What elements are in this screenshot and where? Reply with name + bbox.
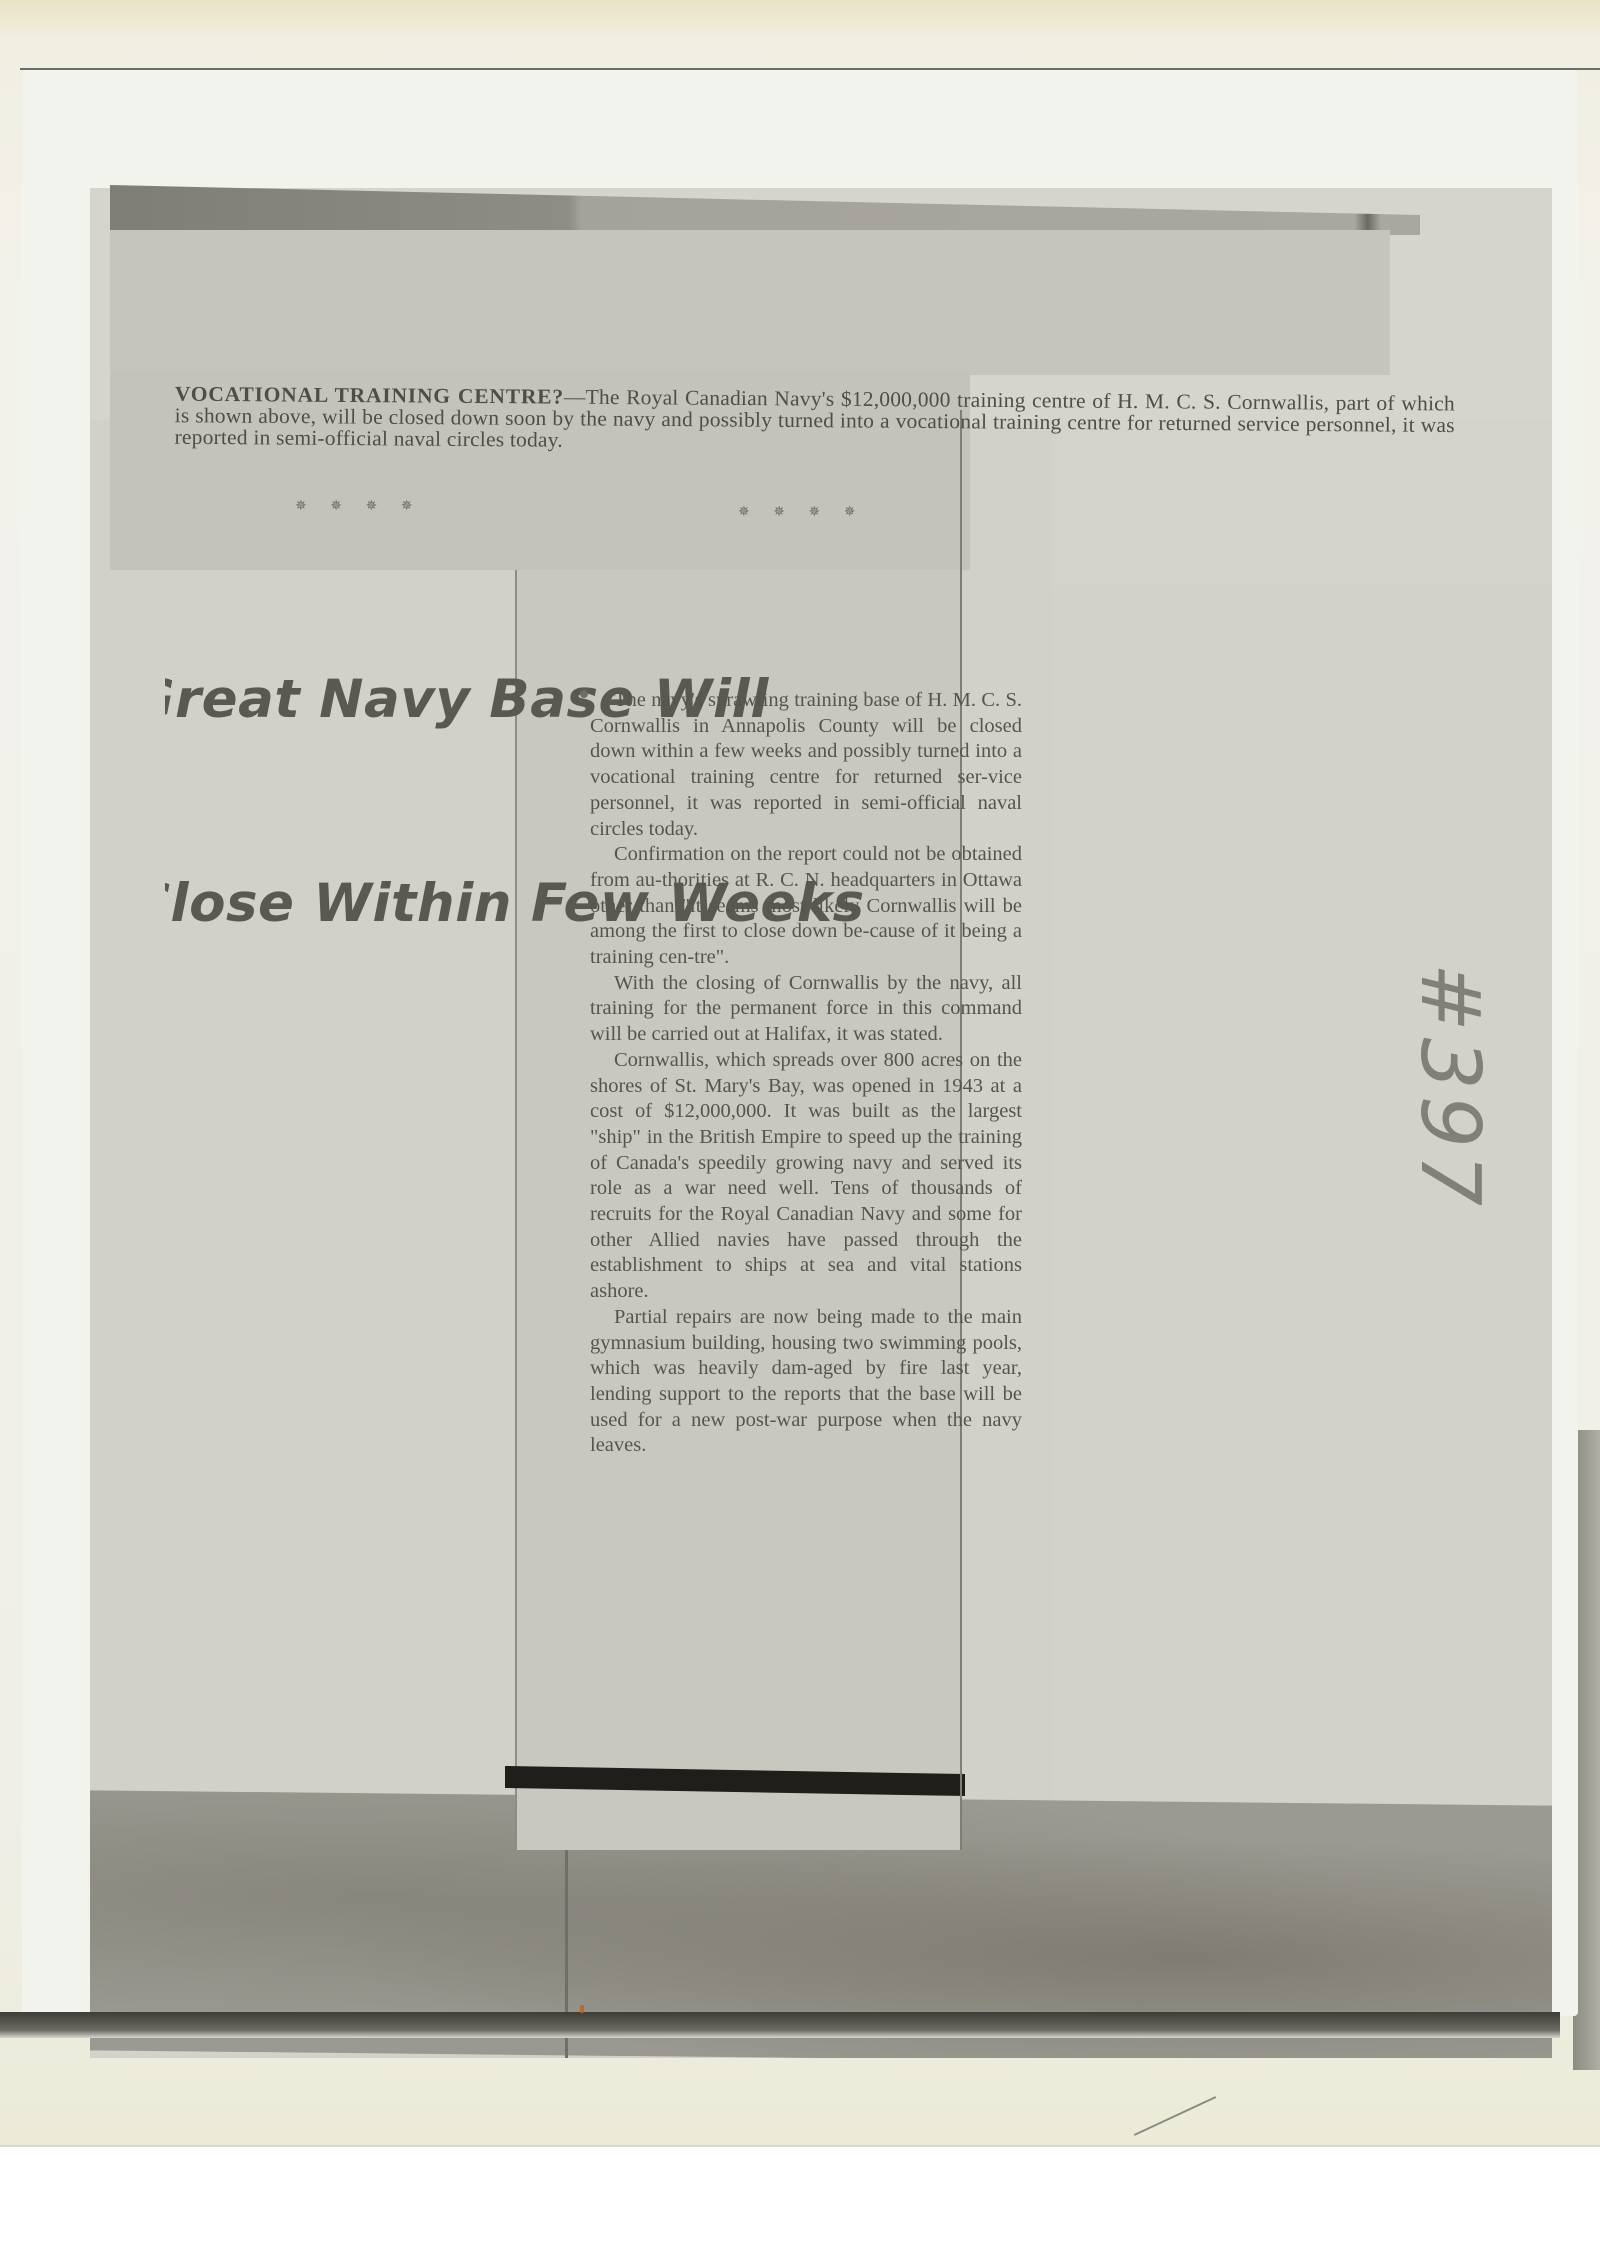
article-paragraph: Partial repairs are now being made to th…	[590, 1305, 1022, 1459]
clipping-caption-area	[110, 230, 1390, 375]
ornament-stars-left: ✵ ✵ ✵ ✵	[295, 498, 422, 515]
article-paragraph: The navy's sprawling training base of H.…	[590, 688, 1022, 842]
photo-caption: VOCATIONAL TRAINING CENTRE?—The Royal Ca…	[174, 383, 1454, 458]
article-paragraph: Cornwallis, which spreads over 800 acres…	[590, 1048, 1022, 1305]
print-bottom-shadow	[0, 2012, 1560, 2038]
article-body: The navy's sprawling training base of H.…	[590, 688, 1022, 1459]
article-paragraph: With the closing of Cornwallis by the na…	[590, 971, 1022, 1048]
article-paragraph: Confirmation on the report could not be …	[590, 842, 1022, 971]
handwritten-catalog-number: #397	[1402, 963, 1497, 1212]
column-bullet-mark	[580, 690, 588, 698]
dust-speck	[580, 2005, 584, 2013]
mounting-board-right	[1052, 590, 1552, 1985]
ornament-stars-right: ✵ ✵ ✵ ✵	[738, 504, 865, 521]
